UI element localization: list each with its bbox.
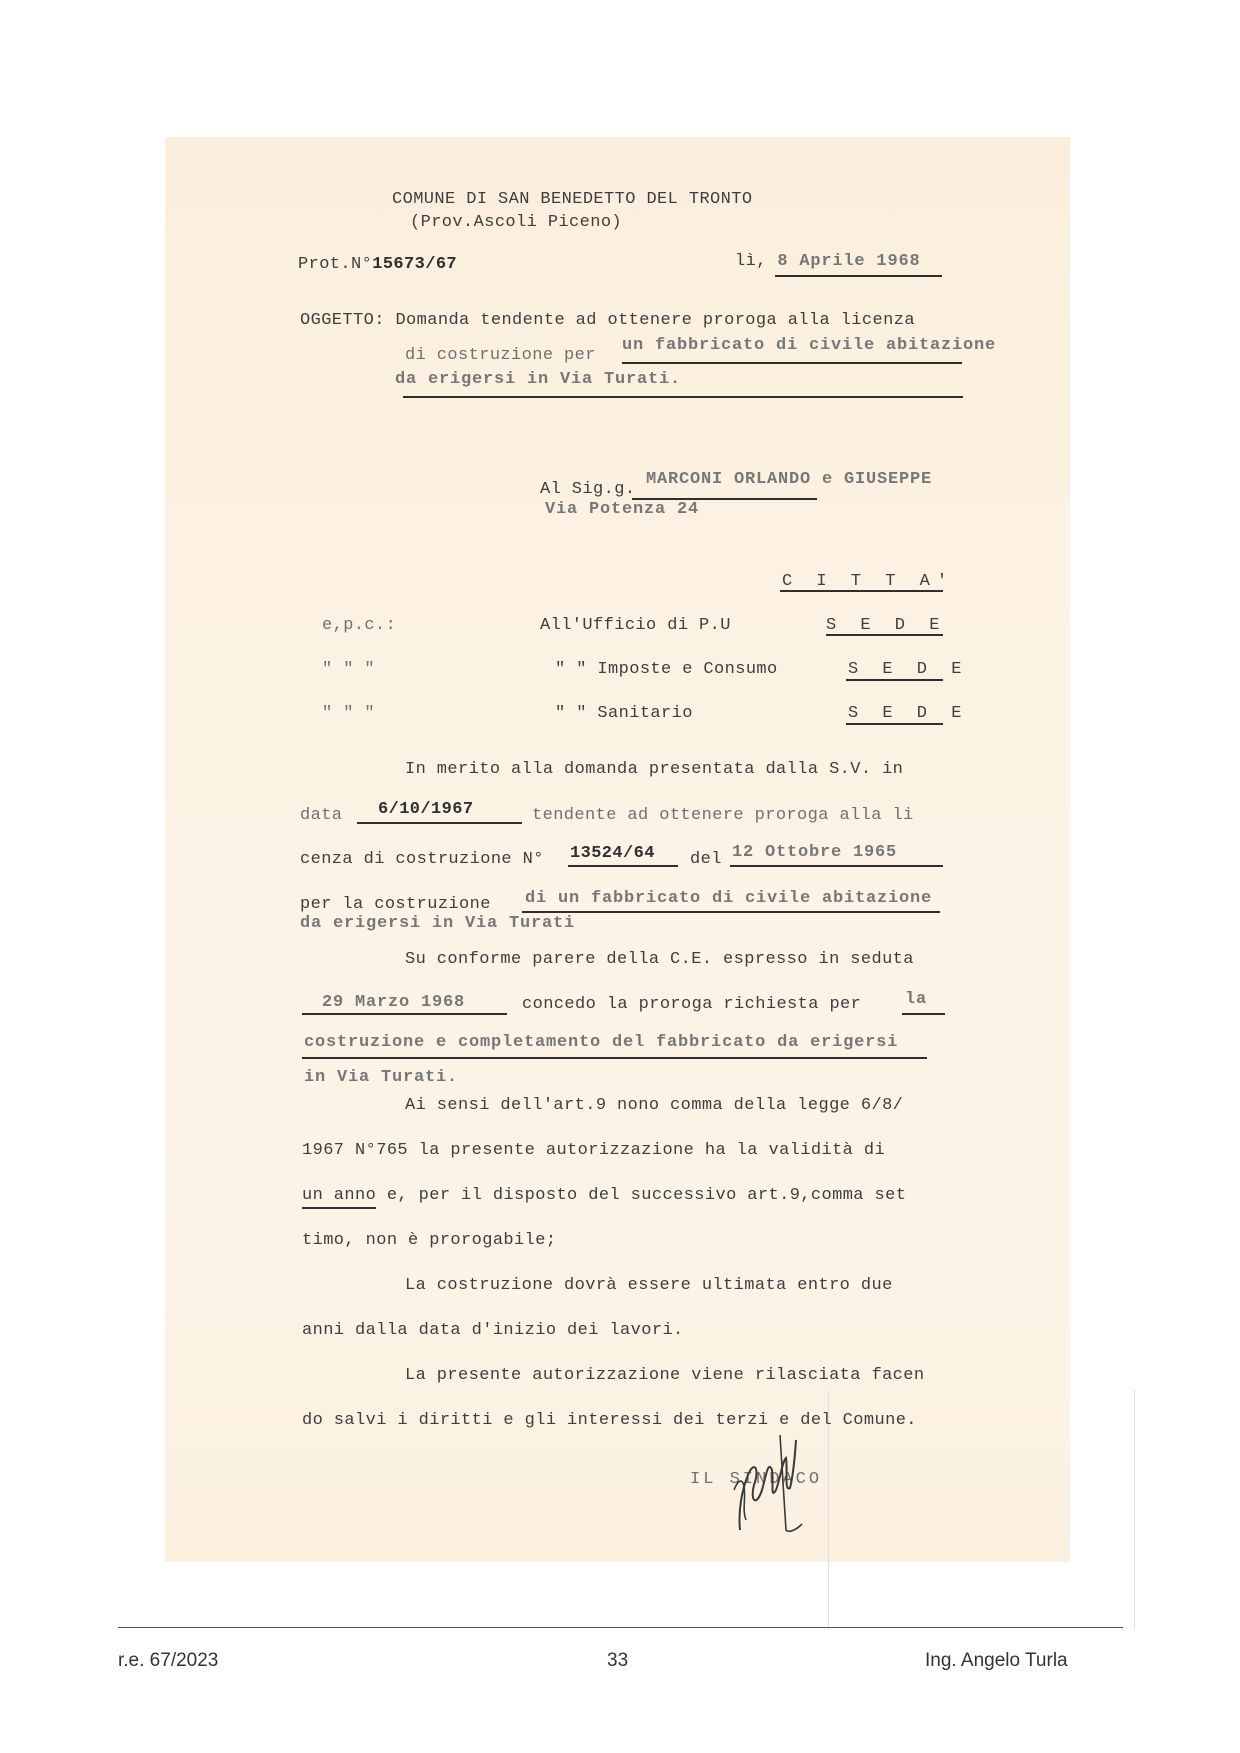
body-p5-line-2: do salvi i diritti e gli interessi dei t… [302, 1411, 917, 1430]
body-p3-line-2: 1967 N°765 la presente autorizzazione ha… [302, 1141, 885, 1160]
body-p1-line-4-prefix: per la costruzione [300, 895, 491, 914]
copy-row-1-dest: S E D E [826, 616, 946, 635]
province: (Prov.Ascoli Piceno) [410, 213, 622, 232]
footer-reference: r.e. 67/2023 [118, 1650, 218, 1672]
validity-term: un anno [302, 1186, 376, 1209]
subject-line-3-fill: da erigersi in Via Turati. [395, 370, 681, 389]
footer-rule [118, 1627, 1123, 1628]
copy-row-3-dest: S E D E [848, 704, 968, 723]
body-p3-line-4: timo, non è prorogabile; [302, 1231, 556, 1250]
body-p1-line-4-fill: di un fabbricato di civile abitazione [525, 889, 932, 908]
protocol: Prot.N°15673/67 [298, 255, 457, 274]
body-p1-line-3-prefix: cenza di costruzione N° [300, 850, 544, 869]
subject-label: OGGETTO: [300, 311, 385, 330]
footer-page-number: 33 [607, 1650, 628, 1672]
municipality-name: COMUNE DI SAN BENEDETTO DEL TRONTO [392, 190, 752, 209]
body-p2-underline-1 [902, 1013, 945, 1015]
subject-underline-2 [403, 396, 963, 398]
protocol-number: 15673/67 [372, 255, 457, 274]
subject-line-2-fill: un fabbricato di civile abitazione [622, 336, 996, 355]
body-p5-line-1: La presente autorizzazione viene rilasci… [405, 1366, 924, 1385]
copy-row-2-underline [846, 679, 943, 681]
body-p3-line-1: Ai sensi dell'art.9 nono comma della leg… [405, 1096, 903, 1115]
subject-line-2-prefix: di costruzione per [405, 346, 596, 365]
date-prefix: lì, [735, 252, 767, 271]
city-underline [780, 590, 943, 592]
copy-row-3-underline [846, 723, 943, 725]
handwritten-signature-icon [720, 1430, 815, 1540]
application-date: 6/10/1967 [378, 800, 473, 819]
licence-date: 12 Ottobre 1965 [732, 843, 897, 862]
licence-number-underline [568, 865, 678, 867]
body-p2-underline-2 [302, 1057, 927, 1059]
copy-row-2-dest: S E D E [848, 660, 968, 679]
body-p4-line-1: La costruzione dovrà essere ultimata ent… [405, 1276, 893, 1295]
date-underline [775, 275, 942, 277]
recipient-address: Via Potenza 24 [545, 500, 699, 519]
body-p1-line-2-prefix: data [300, 806, 342, 825]
copy-row-2-office: " " Imposte e Consumo [555, 660, 778, 679]
recipient-name: MARCONI ORLANDO e GIUSEPPE [646, 470, 932, 489]
letter-date: lì, 8 Aprile 1968 [735, 252, 920, 271]
subject-underline-1 [622, 362, 962, 364]
body-p1-line-5-fill: da erigersi in Via Turati [300, 914, 575, 933]
date-value: 8 Aprile 1968 [777, 252, 920, 271]
body-p1-line-2-rest: tendente ad ottenere proroga alla li [532, 806, 914, 825]
body-p2-line-2-rest: concedo la proroga richiesta per [522, 995, 861, 1014]
body-p4-line-2: anni dalla data d'inizio dei lavori. [302, 1321, 684, 1340]
body-p2-line-4-fill: in Via Turati. [304, 1068, 458, 1087]
recipient-city: C I T T A' [782, 572, 954, 591]
protocol-label: Prot.N° [298, 255, 372, 274]
copy-row-1-office: All'Ufficio di P.U [540, 616, 731, 635]
subject-line-1: OGGETTO: Domanda tendente ad ottenere pr… [300, 311, 915, 330]
body-p1-line-1: In merito alla domanda presentata dalla … [405, 760, 903, 779]
licence-number: 13524/64 [570, 844, 655, 863]
copy-row-3-ditto: " " " [322, 704, 375, 723]
copy-row-1-underline [826, 634, 943, 636]
copy-row-3-office: " " Sanitario [555, 704, 693, 723]
body-p1-underline [522, 911, 940, 913]
commission-date: 29 Marzo 1968 [322, 993, 465, 1012]
copies-label: e,p.c.: [322, 616, 396, 635]
body-p3-line-3: un anno e, per il disposto del successiv… [302, 1186, 906, 1205]
body-p2-line-1: Su conforme parere della C.E. espresso i… [405, 950, 914, 969]
commission-date-underline [302, 1013, 507, 1015]
licence-date-underline [730, 865, 943, 867]
application-date-underline [357, 822, 522, 824]
footer-author: Ing. Angelo Turla [925, 1650, 1068, 1672]
body-p2-line-3-fill: costruzione e completamento del fabbrica… [304, 1033, 898, 1052]
body-p2-line-2-fill: la [905, 990, 927, 1009]
salutation: Al Sig.g. [540, 480, 635, 499]
body-p1-del: del [690, 850, 722, 869]
copy-row-2-ditto: " " " [322, 660, 375, 679]
